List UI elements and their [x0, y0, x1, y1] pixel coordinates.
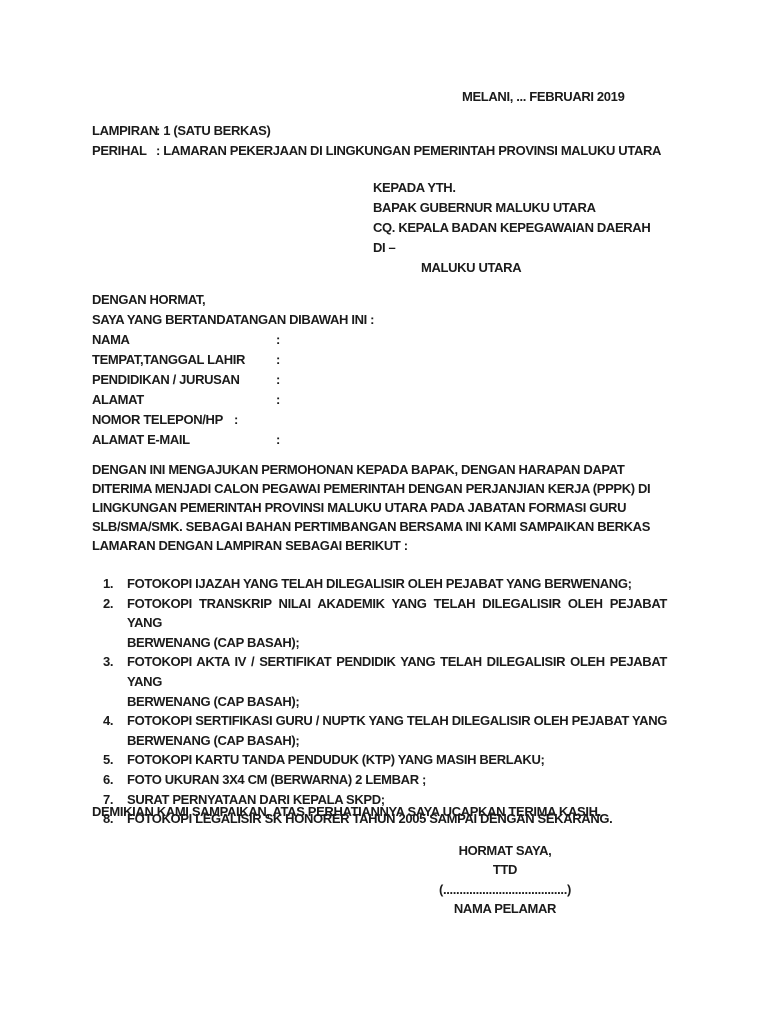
- field-label: ALAMAT: [92, 390, 276, 410]
- recipient-line: DI –: [373, 238, 650, 258]
- field-colon: :: [234, 410, 238, 430]
- body-paragraph-line: LAMARAN DENGAN LAMPIRAN SEBAGAI BERIKUT …: [92, 536, 654, 555]
- attachment-item: 2.FOTOKOPI TRANSKRIP NILAI AKADEMIK YANG…: [92, 594, 667, 653]
- attachment-line: FOTOKOPI TRANSKRIP NILAI AKADEMIK YANG T…: [127, 594, 667, 633]
- attachment-line: FOTO UKURAN 3X4 CM (BERWARNA) 2 LEMBAR ;: [127, 770, 667, 790]
- attachment-line: FOTOKOPI KARTU TANDA PENDUDUK (KTP) YANG…: [127, 750, 667, 770]
- signature-block: HORMAT SAYA,TTD(........................…: [415, 841, 595, 918]
- recipient-city: MALUKU UTARA: [373, 258, 650, 278]
- applicant-form: NAMA:TEMPAT,TANGGAL LAHIR:PENDIDIKAN / J…: [92, 330, 374, 450]
- attachment-line: FOTOKOPI IJAZAH YANG TELAH DILEGALISIR O…: [127, 574, 667, 594]
- body-paragraph: DENGAN INI MENGAJUKAN PERMOHONAN KEPADA …: [92, 460, 654, 555]
- field-label: PENDIDIKAN / JURUSAN: [92, 370, 276, 390]
- field-colon: :: [276, 430, 280, 450]
- lampiran-label: LAMPIRAN: [92, 121, 156, 141]
- form-field-row: NAMA:: [92, 330, 374, 350]
- attachment-item: 6.FOTO UKURAN 3X4 CM (BERWARNA) 2 LEMBAR…: [92, 770, 667, 790]
- body-paragraph-line: DENGAN INI MENGAJUKAN PERMOHONAN KEPADA …: [92, 460, 654, 479]
- body-paragraph-line: SLB/SMA/SMK. SEBAGAI BAHAN PERTIMBANGAN …: [92, 517, 654, 536]
- field-colon: :: [276, 330, 280, 350]
- attachment-text: FOTOKOPI AKTA IV / SERTIFIKAT PENDIDIK Y…: [127, 652, 667, 711]
- lampiran-value: : 1 (SATU BERKAS): [156, 121, 270, 141]
- signature-line: (......................................): [415, 880, 595, 899]
- attachment-line: BERWENANG (CAP BASAH);: [127, 731, 667, 751]
- date-line: MELANI, ... FEBRUARI 2019: [462, 89, 624, 104]
- salutation: DENGAN HORMAT,: [92, 290, 374, 310]
- attachment-number: 6.: [92, 770, 127, 790]
- body-paragraph-line: DITERIMA MENJADI CALON PEGAWAI PEMERINTA…: [92, 479, 654, 498]
- recipient-lines: KEPADA YTH.BAPAK GUBERNUR MALUKU UTARACQ…: [373, 178, 650, 258]
- attachment-line: FOTOKOPI SERTIFIKASI GURU / NUPTK YANG T…: [127, 711, 667, 731]
- perihal-value: : LAMARAN PEKERJAAN DI LINGKUNGAN PEMERI…: [156, 141, 661, 161]
- attachment-line: BERWENANG (CAP BASAH);: [127, 633, 667, 653]
- field-colon: :: [276, 350, 280, 370]
- field-label: TEMPAT,TANGGAL LAHIR: [92, 350, 276, 370]
- field-label: NOMOR TELEPON/HP: [92, 410, 234, 430]
- attachment-number: 5.: [92, 750, 127, 770]
- attachment-number: 1.: [92, 574, 127, 594]
- recipient-line: CQ. KEPALA BADAN KEPEGAWAIAN DAERAH: [373, 218, 650, 238]
- attachment-text: FOTOKOPI KARTU TANDA PENDUDUK (KTP) YANG…: [127, 750, 667, 770]
- closing-line: DEMIKIAN KAMI SAMPAIKAN, ATAS PERHATIANN…: [92, 804, 601, 819]
- attachment-text: FOTO UKURAN 3X4 CM (BERWARNA) 2 LEMBAR ;: [127, 770, 667, 790]
- recipient-line: KEPADA YTH.: [373, 178, 650, 198]
- attachment-list: 1.FOTOKOPI IJAZAH YANG TELAH DILEGALISIR…: [92, 574, 667, 829]
- attachment-text: FOTOKOPI IJAZAH YANG TELAH DILEGALISIR O…: [127, 574, 667, 594]
- attachment-line: BERWENANG (CAP BASAH);: [127, 692, 667, 712]
- field-label: ALAMAT E-MAIL: [92, 430, 276, 450]
- attachment-text: FOTOKOPI SERTIFIKASI GURU / NUPTK YANG T…: [127, 711, 667, 750]
- attachment-item: 3.FOTOKOPI AKTA IV / SERTIFIKAT PENDIDIK…: [92, 652, 667, 711]
- form-field-row: ALAMAT:: [92, 390, 374, 410]
- form-field-row: NOMOR TELEPON/HP:: [92, 410, 374, 430]
- attachment-number: 4.: [92, 711, 127, 750]
- form-field-row: TEMPAT,TANGGAL LAHIR:: [92, 350, 374, 370]
- attachment-item: 5.FOTOKOPI KARTU TANDA PENDUDUK (KTP) YA…: [92, 750, 667, 770]
- field-colon: :: [276, 370, 280, 390]
- body-paragraph-line: LINGKUNGAN PEMERINTAH PROVINSI MALUKU UT…: [92, 498, 654, 517]
- perihal-label: PERIHAL: [92, 141, 156, 161]
- form-field-row: ALAMAT E-MAIL:: [92, 430, 374, 450]
- lampiran-row: LAMPIRAN : 1 (SATU BERKAS): [92, 121, 661, 141]
- form-field-row: PENDIDIKAN / JURUSAN:: [92, 370, 374, 390]
- attachment-line: FOTOKOPI AKTA IV / SERTIFIKAT PENDIDIK Y…: [127, 652, 667, 691]
- field-label: NAMA: [92, 330, 276, 350]
- attachment-text: FOTOKOPI TRANSKRIP NILAI AKADEMIK YANG T…: [127, 594, 667, 653]
- signature-line: TTD: [415, 860, 595, 879]
- attachment-number: 2.: [92, 594, 127, 653]
- signature-line: HORMAT SAYA,: [415, 841, 595, 860]
- salutation-block: DENGAN HORMAT, SAYA YANG BERTANDATANGAN …: [92, 290, 374, 450]
- attachment-item: 4.FOTOKOPI SERTIFIKASI GURU / NUPTK YANG…: [92, 711, 667, 750]
- intro-line: SAYA YANG BERTANDATANGAN DIBAWAH INI :: [92, 310, 374, 330]
- recipient-block: KEPADA YTH.BAPAK GUBERNUR MALUKU UTARACQ…: [373, 178, 650, 278]
- attachment-item: 1.FOTOKOPI IJAZAH YANG TELAH DILEGALISIR…: [92, 574, 667, 594]
- perihal-row: PERIHAL : LAMARAN PEKERJAAN DI LINGKUNGA…: [92, 141, 661, 161]
- field-colon: :: [276, 390, 280, 410]
- recipient-line: BAPAK GUBERNUR MALUKU UTARA: [373, 198, 650, 218]
- attachment-number: 3.: [92, 652, 127, 711]
- letter-page: MELANI, ... FEBRUARI 2019 LAMPIRAN : 1 (…: [0, 0, 768, 1024]
- reference-block: LAMPIRAN : 1 (SATU BERKAS) PERIHAL : LAM…: [92, 121, 661, 161]
- signature-line: NAMA PELAMAR: [415, 899, 595, 918]
